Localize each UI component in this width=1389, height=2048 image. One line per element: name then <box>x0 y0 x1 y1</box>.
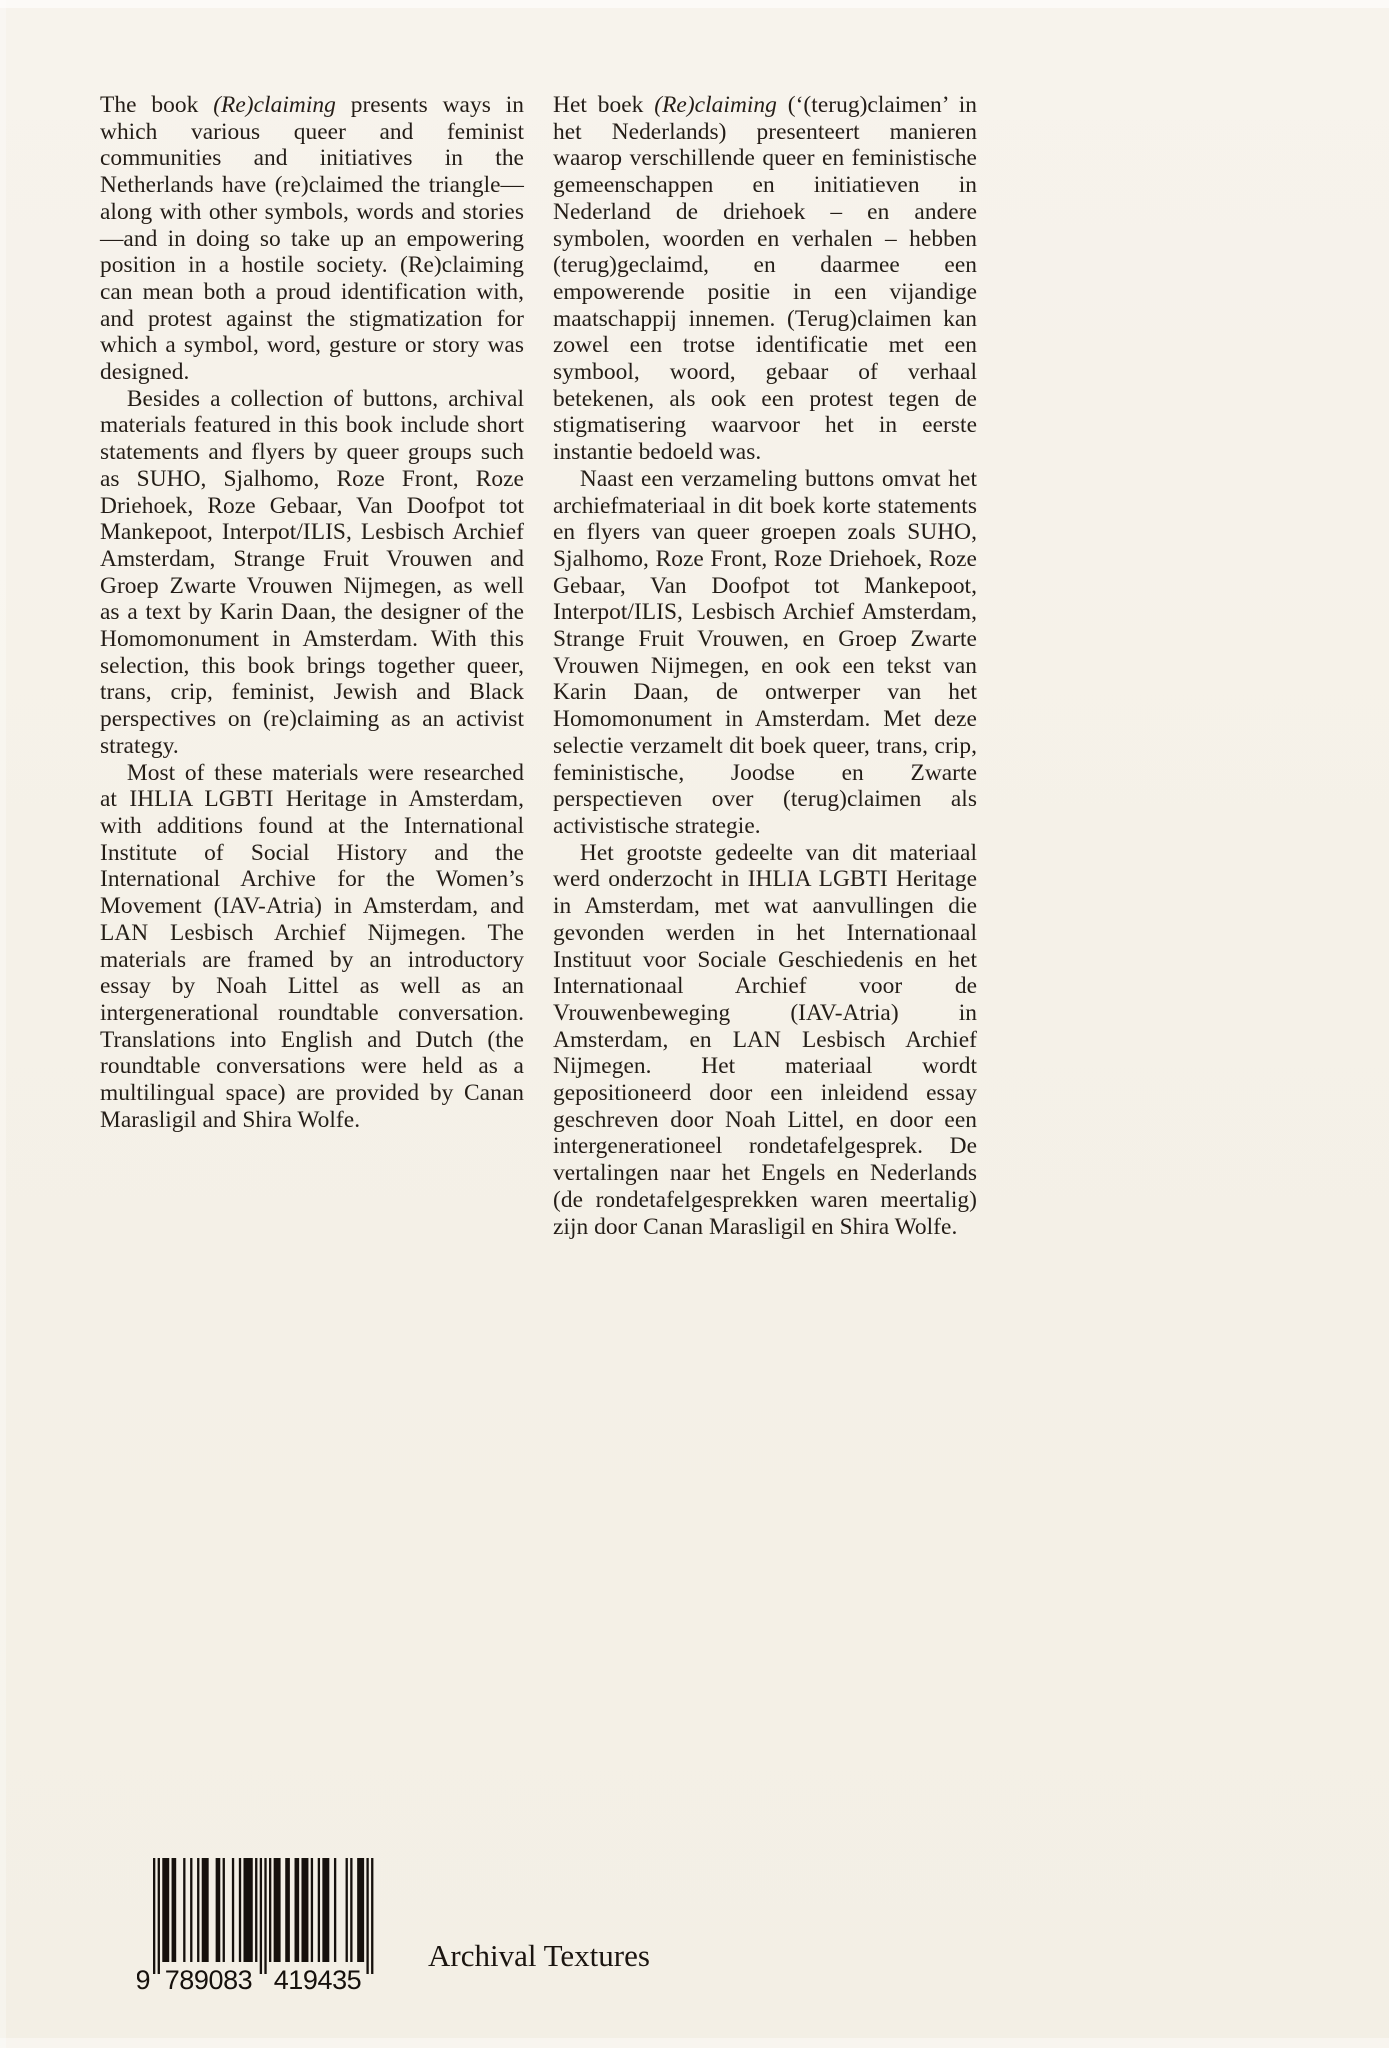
english-p1-prefix: The book <box>100 92 213 118</box>
dutch-paragraph-2: Naast een verzameling buttons omvat het … <box>553 466 977 840</box>
dutch-blurb-column: Het boek (Re)claiming (‘(terug)claimen’ … <box>553 92 977 1240</box>
english-paragraph-2: Besides a collection of buttons, archiva… <box>100 386 524 760</box>
ean13-barcode: 9789083419435 <box>137 1858 375 1992</box>
svg-text:9: 9 <box>137 1965 151 1992</box>
english-p1-rest: presents ways in which various queer and… <box>100 92 524 385</box>
ean13-barcode-svg: 9789083419435 <box>137 1858 375 1992</box>
english-paragraph-1: The book (Re)claiming presents ways in w… <box>100 92 524 386</box>
scan-edge-bottom <box>0 2038 1389 2048</box>
svg-text:789083: 789083 <box>165 1965 253 1992</box>
dutch-paragraph-1: Het boek (Re)claiming (‘(terug)claimen’ … <box>553 92 977 466</box>
dutch-p1-prefix: Het boek <box>553 92 654 118</box>
english-paragraph-3: Most of these materials were researched … <box>100 760 524 1134</box>
book-title-italic-nl: (Re)claiming <box>654 92 777 118</box>
book-back-cover: The book (Re)claiming presents ways in w… <box>0 0 1389 2048</box>
book-title-italic-en: (Re)claiming <box>213 92 336 118</box>
scan-edge-left <box>0 0 6 2048</box>
scan-edge-top <box>0 0 1389 8</box>
dutch-p1-rest: (‘(terug)claimen’ in het Nederlands) pre… <box>553 92 977 465</box>
publisher-name: Archival Textures <box>428 1938 650 1974</box>
dutch-paragraph-3: Het grootste gedeelte van dit materiaal … <box>553 840 977 1241</box>
english-blurb-column: The book (Re)claiming presents ways in w… <box>100 92 524 1133</box>
svg-text:419435: 419435 <box>274 1965 362 1992</box>
